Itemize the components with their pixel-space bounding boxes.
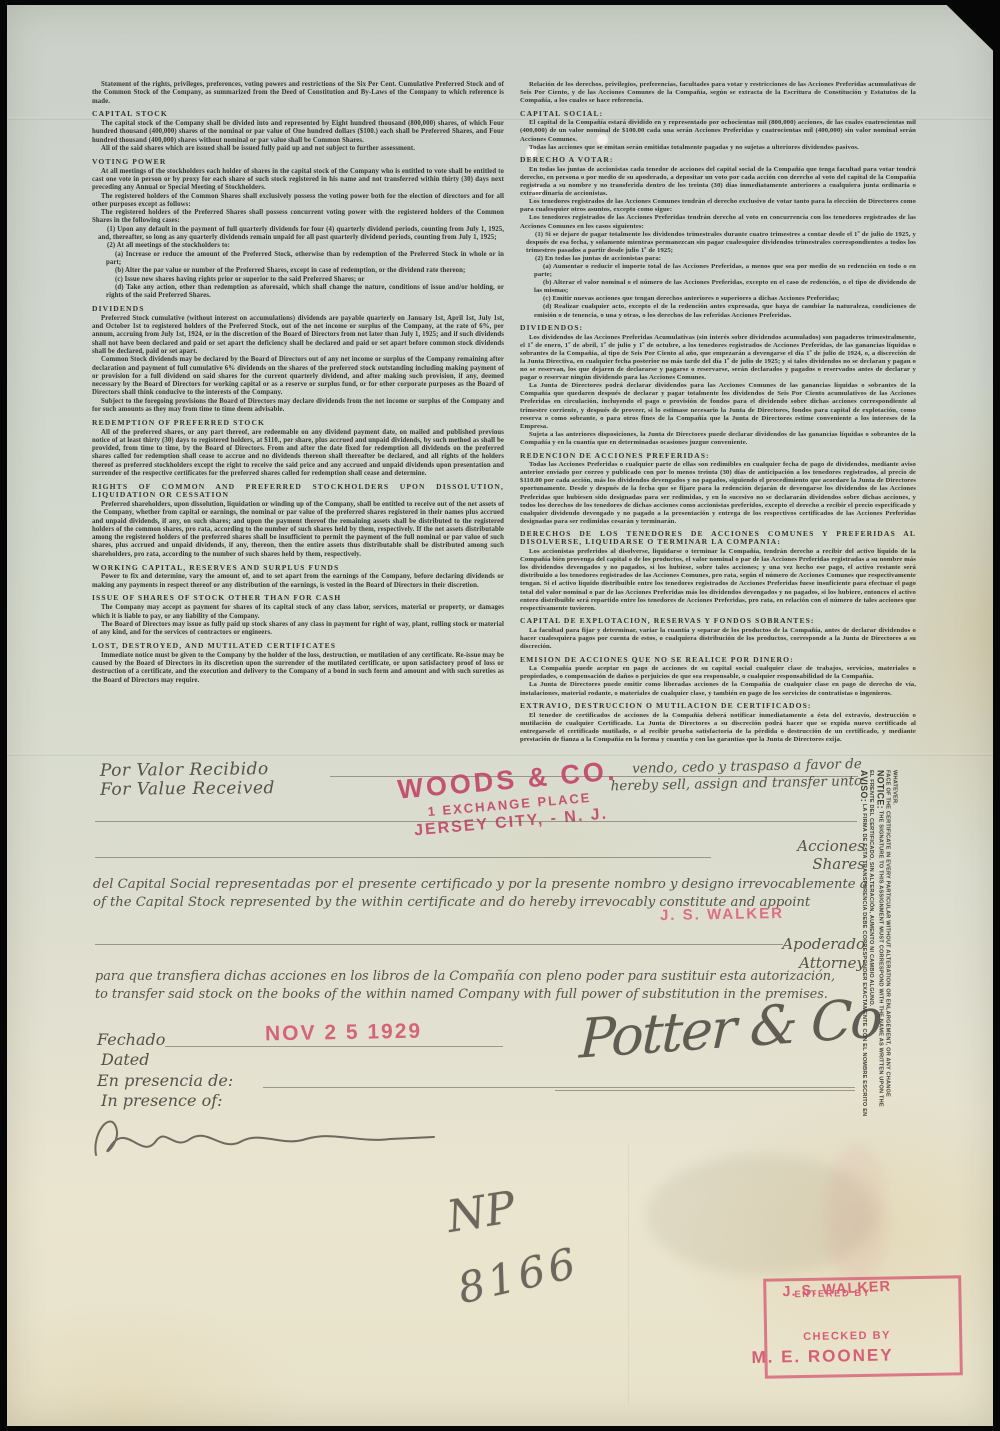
for-value-received-label: Por Valor Recibido For Value Received xyxy=(100,760,275,800)
section-paragraph: La facultad para fijar y determinar, var… xyxy=(520,627,916,651)
assignee-line xyxy=(95,820,857,822)
legal-intro: Relación de los derechos, privilegios, p… xyxy=(520,81,916,105)
notice-en: NOTICE: THE SIGNATURE TO THIS ASSIGNMENT… xyxy=(876,770,897,1122)
section-heading: CAPITAL SOCIAL: xyxy=(520,110,916,118)
section-paragraph: The registered holders of the Preferred … xyxy=(92,209,504,226)
section-paragraph: (a) Increase or reduce the amount of the… xyxy=(92,251,504,268)
section-paragraph: La Junta de Directores puede emitir como… xyxy=(520,681,916,697)
section-paragraph: (b) Alterar el valor nominal o el número… xyxy=(520,279,916,295)
section-paragraph: Todas las Acciones Preferidas o cualquie… xyxy=(520,461,916,526)
section-heading: WORKING CAPITAL, RESERVES AND SURPLUS FU… xyxy=(92,564,504,572)
section-paragraph: En todas las juntas de accionistas cada … xyxy=(520,166,916,198)
entered-checked-stamp: ENTERED BY J. S. WALKER CHECKED BY M. E.… xyxy=(763,1275,963,1378)
section-paragraph: The Board of Directors may issue as full… xyxy=(92,621,504,638)
entered-by-walker-stamp: J. S. WALKER xyxy=(782,1279,891,1301)
section-paragraph: All of the preferred shares, or any part… xyxy=(92,429,504,479)
section-paragraph: The capital stock of the Company shall b… xyxy=(92,120,504,145)
section-paragraph: (1) Si se dejare de pagar totalmente los… xyxy=(520,231,916,255)
section-paragraph: El capital de la Compañía estará dividid… xyxy=(520,119,916,143)
section-heading: DERECHOS DE LOS TENEDORES DE ACCIONES CO… xyxy=(520,530,916,546)
section-paragraph: Immediate notice must be given to the Co… xyxy=(92,652,504,685)
section-heading: EXTRAVIO, DESTRUCCION O MUTILACION DE CE… xyxy=(520,702,916,710)
section-paragraph: Los dividendos de las Acciones Preferida… xyxy=(520,334,916,383)
section-paragraph: (b) Alter the par value or number of the… xyxy=(92,267,504,275)
para-que-text: para que transfiera dichas acciones en l… xyxy=(95,968,879,986)
section-paragraph: Los tenedores registrados de las Accione… xyxy=(520,214,916,230)
section-paragraph: Subject to the foregoing provisions the … xyxy=(92,398,504,415)
section-paragraph: (2) En todas las juntas de accionistas p… xyxy=(520,255,916,263)
checked-by-rooney-stamp: M. E. ROONEY xyxy=(751,1345,893,1367)
section-heading: REDENCION DE ACCIONES PREFERIDAS: xyxy=(520,452,916,460)
dated-label: Dated xyxy=(101,1050,150,1069)
section-heading: CAPITAL STOCK xyxy=(92,110,504,118)
section-heading: LOST, DESTROYED, AND MUTILATED CERTIFICA… xyxy=(92,642,504,650)
bleed-through-smudge xyxy=(827,1145,887,1285)
section-paragraph: (1) Upon any default in the payment of f… xyxy=(92,226,504,243)
section-paragraph: (c) Issue new shares having rights prior… xyxy=(92,276,504,284)
section-paragraph: (d) Realizar cualquier acto, excepto el … xyxy=(520,303,916,319)
attorney-name-line xyxy=(95,943,783,945)
legal-intro: Statement of the rights, privileges, pre… xyxy=(92,81,504,106)
apoderado-text: Apoderado xyxy=(713,935,865,954)
section-paragraph: Power to fix and determine, vary the amo… xyxy=(92,573,504,590)
signature-line xyxy=(555,1089,855,1091)
section-paragraph: El tenedor de certificados de acciones d… xyxy=(520,712,916,744)
notice-text: THE SIGNATURE TO THIS ASSIGNMENT MUST CO… xyxy=(877,770,897,1107)
witness-signature xyxy=(90,1103,450,1167)
section-paragraph: The Company may accept as payment for sh… xyxy=(92,604,504,621)
del-capital-text: del Capital Social representadas por el … xyxy=(93,876,873,894)
section-heading: RIGHTS OF COMMON AND PREFERRED STOCKHOLD… xyxy=(92,483,504,500)
section-paragraph: (2) At all meetings of the stockholders … xyxy=(92,242,504,250)
en-presencia-label: En presencia de: xyxy=(97,1071,233,1090)
section-paragraph: (c) Emitir nuevas acciones que tengan de… xyxy=(520,295,916,303)
date-line xyxy=(165,1045,503,1047)
pencil-notation-number: 8166 xyxy=(453,1238,584,1313)
section-paragraph: At all meetings of the stockholders each… xyxy=(92,168,504,193)
section-paragraph: Preferred shareholders, upon dissolution… xyxy=(92,501,504,559)
section-heading: CAPITAL DE EXPLOTACION, RESERVAS Y FONDO… xyxy=(520,617,916,625)
section-paragraph: Preferred Stock cumulative (without inte… xyxy=(92,315,504,356)
paper-crease xyxy=(627,1145,629,1405)
section-paragraph: Los tenedores registrados de las Accione… xyxy=(520,198,916,214)
date-stamp: NOV 2 5 1929 xyxy=(265,1020,422,1047)
legal-column-english: Statement of the rights, privileges, pre… xyxy=(92,81,504,777)
pencil-notation-np: NP xyxy=(443,1182,518,1243)
section-paragraph: All of the said shares which are issued … xyxy=(92,145,504,153)
section-heading: ISSUE OF SHARES OF STOCK OTHER THAN FOR … xyxy=(92,594,504,602)
shares-text: Shares xyxy=(719,855,865,873)
for-value-received-text: For Value Received xyxy=(100,779,275,800)
section-paragraph: Common Stock dividends may be declared b… xyxy=(92,356,504,397)
section-paragraph: (a) Aumentar o reducir el importe total … xyxy=(520,263,916,279)
witness-line xyxy=(263,1086,855,1088)
acciones-text: Acciones xyxy=(719,837,865,855)
section-paragraph: Sujeta a las anteriores disposiciones, l… xyxy=(520,431,916,447)
fechado-label: Fechado xyxy=(97,1030,165,1049)
shares-label: Acciones Shares xyxy=(719,837,865,873)
js-walker-stamp: J. S. WALKER xyxy=(660,905,784,924)
checked-by-text: CHECKED BY xyxy=(803,1330,891,1344)
margin-notice: AVISO: LA FIRMA DE ESTA TRANSFERENCIA DE… xyxy=(858,770,899,1122)
section-paragraph: (d) Take any action, other than redempti… xyxy=(92,284,504,301)
shares-count-line xyxy=(95,856,711,858)
section-heading: DERECHO A VOTAR: xyxy=(520,156,916,164)
section-paragraph: La Junta de Directores podrá declarar di… xyxy=(520,382,916,431)
section-heading: REDEMPTION OF PREFERRED STOCK xyxy=(92,419,504,427)
aviso-text: LA FIRMA DE ESTA TRANSFERENCIA DEBE CORR… xyxy=(861,770,874,1116)
section-paragraph: The registered holders of the Common Sha… xyxy=(92,193,504,210)
section-paragraph: Todas las acciones que se emitan serán e… xyxy=(520,144,916,152)
section-heading: DIVIDENDOS: xyxy=(520,324,916,332)
section-paragraph: La Compañía puede aceptar en pago de acc… xyxy=(520,665,916,681)
aviso-notice-es: AVISO: LA FIRMA DE ESTA TRANSFERENCIA DE… xyxy=(860,770,874,1122)
section-heading: DIVIDENDS xyxy=(92,305,504,313)
certificate-back-paper: Statement of the rights, privileges, pre… xyxy=(7,5,993,1426)
legal-column-spanish: Relación de los derechos, privilegios, p… xyxy=(520,81,916,777)
section-paragraph: Los accionistas preferidos al disolverse… xyxy=(520,548,916,613)
legal-text-block: Statement of the rights, privileges, pre… xyxy=(92,81,916,777)
section-heading: EMISION DE ACCIONES QUE NO SE REALICE PO… xyxy=(520,656,916,664)
section-heading: VOTING POWER xyxy=(92,158,504,166)
